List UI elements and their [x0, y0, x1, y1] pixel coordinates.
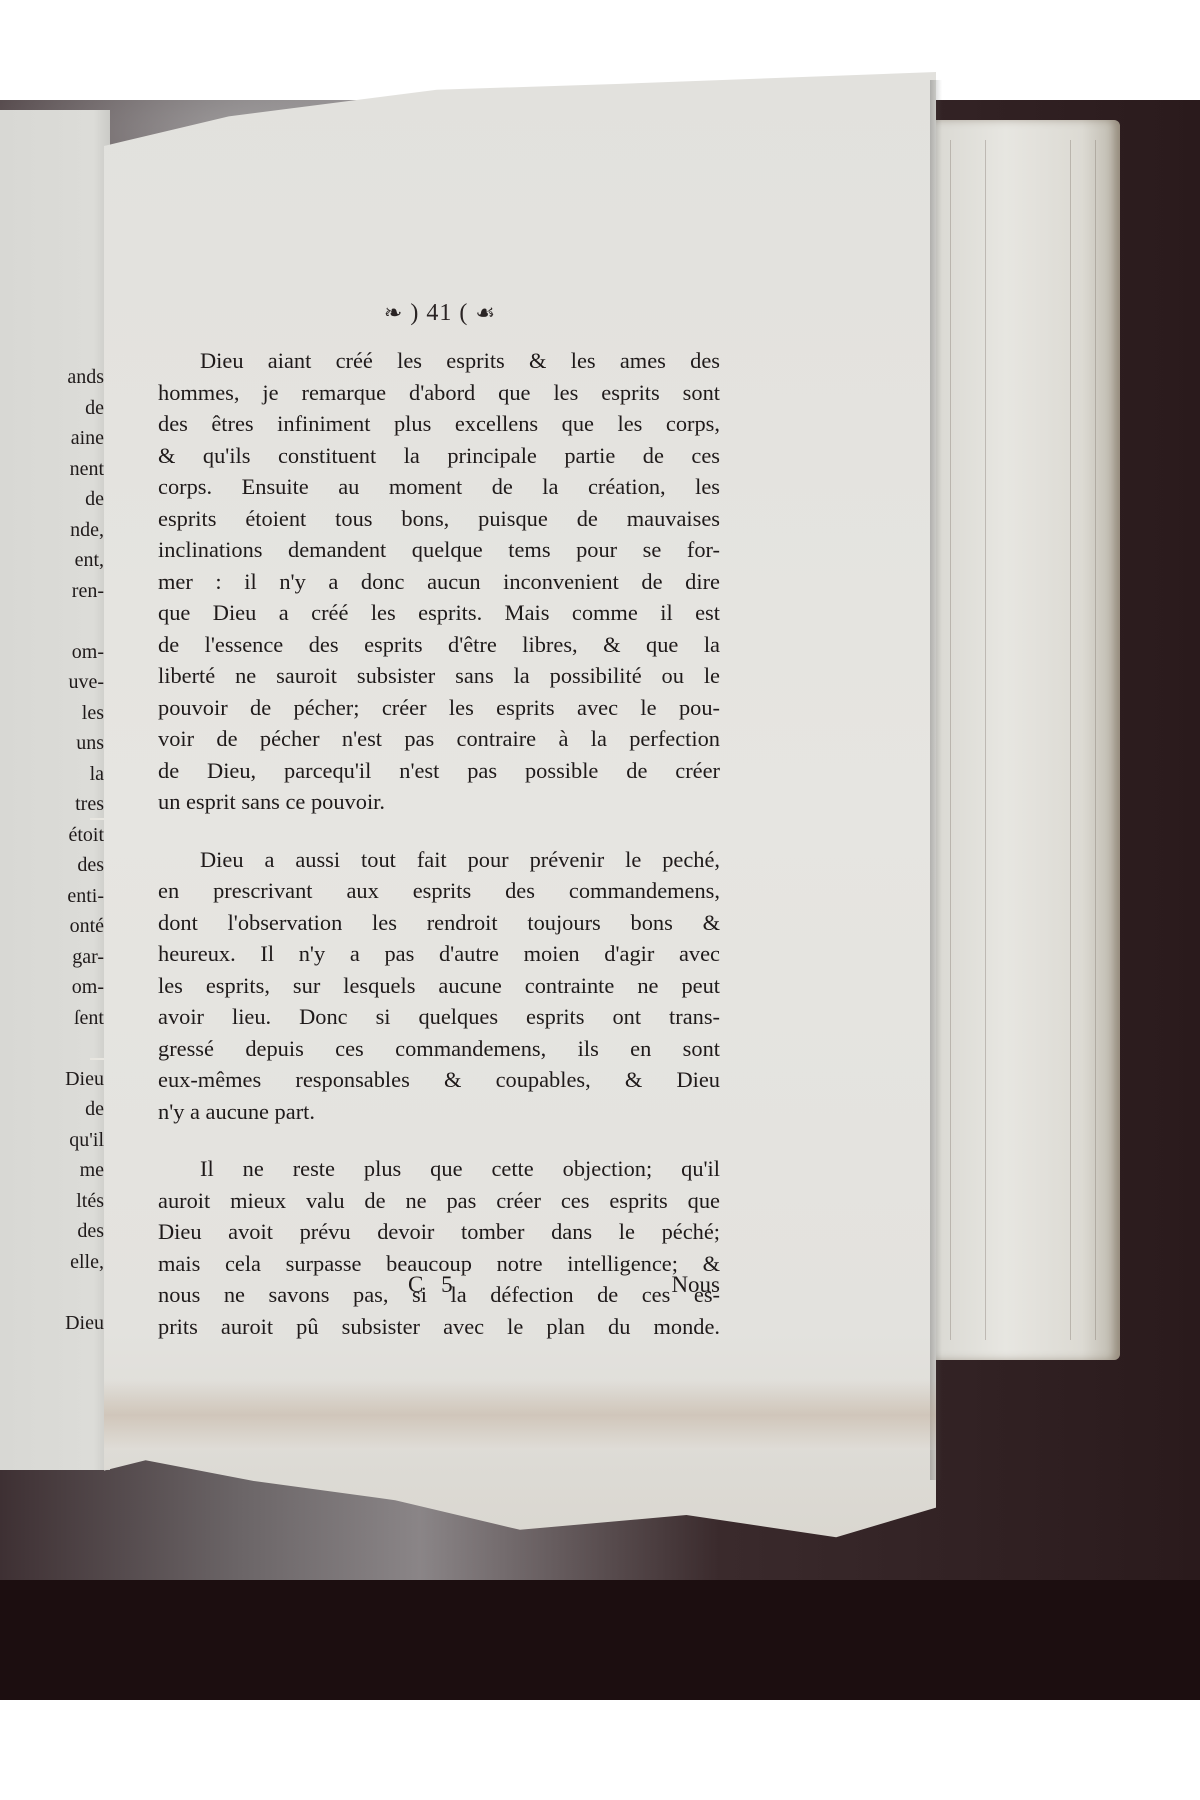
water-stain [104, 1380, 936, 1450]
fragment: ſent [0, 1003, 104, 1034]
catchword: Nous [671, 1272, 720, 1298]
text-line: de l'essence des esprits d'être libres, … [158, 629, 720, 661]
fragment: uns [0, 728, 104, 759]
text-line: pouvoir de pécher; créer les esprits ave… [158, 692, 720, 724]
text-line: que Dieu a créé les esprits. Mais comme … [158, 597, 720, 629]
book-page-stack [930, 120, 1120, 1360]
signature-mark: C 5 [408, 1272, 459, 1298]
page-header: ❧ ) 41 ( ☙ [160, 300, 720, 327]
text-line: les esprits, sur lesquels aucune contrai… [158, 970, 720, 1002]
text-line: avoir lieu. Donc si quelques esprits ont… [158, 1001, 720, 1033]
text-line: Il ne reste plus que cette objection; qu… [158, 1153, 720, 1185]
fragment: qu'il [0, 1125, 104, 1156]
fragment: les [0, 698, 104, 729]
text-line: voir de pécher n'est pas contraire à la … [158, 723, 720, 755]
paragraph-3: Il ne reste plus que cette objection; qu… [158, 1153, 720, 1342]
text-line: eux-mêmes responsables & coupables, & Di… [158, 1064, 720, 1096]
page-number: ) 41 ( [410, 300, 468, 326]
fragment: la [0, 759, 104, 790]
fragment: ands [0, 362, 104, 393]
text-line: gressé depuis ces commandemens, ils en s… [158, 1033, 720, 1065]
fragment: gar- [0, 942, 104, 973]
fragment: nent [0, 454, 104, 485]
text-line: en prescrivant aux esprits des commandem… [158, 875, 720, 907]
paragraph-1: Dieu aiant créé les esprits & les ames d… [158, 345, 720, 818]
fragment: onté [0, 911, 104, 942]
text-line: de Dieu, parcequ'il n'est pas possible d… [158, 755, 720, 787]
page-footer: C 5 Nous [158, 1272, 720, 1306]
fragment: me [0, 1155, 104, 1186]
text-line: esprits étoient tous bons, puisque de ma… [158, 503, 720, 535]
text-line: un esprit sans ce pouvoir. [158, 786, 720, 818]
page-edge-shadow [930, 80, 942, 1480]
fragment [0, 606, 104, 637]
text-line: hommes, je remarque d'abord que les espr… [158, 377, 720, 409]
text-line: Dieu aiant créé les esprits & les ames d… [158, 345, 720, 377]
paragraph-2: Dieu a aussi tout fait pour prévenir le … [158, 844, 720, 1128]
fragment: enti- [0, 881, 104, 912]
fragment: om- [0, 972, 104, 1003]
fragment [0, 1033, 104, 1064]
ornament-right-icon: ☙ [475, 300, 496, 325]
text-line: dont l'observation les rendroit toujours… [158, 907, 720, 939]
fragment: des [0, 1216, 104, 1247]
fragment: ltés [0, 1186, 104, 1217]
text-line: corps. Ensuite au moment de la création,… [158, 471, 720, 503]
fragment: de [0, 393, 104, 424]
text-line: & qu'ils constituent la principale parti… [158, 440, 720, 472]
fragment: uve- [0, 667, 104, 698]
facing-page-text: ands de aine nent de nde, ent, ren- om- … [0, 362, 104, 1338]
text-line: prits auroit pû subsister avec le plan d… [158, 1311, 720, 1343]
fragment: ent, [0, 545, 104, 576]
text-line: Dieu a aussi tout fait pour prévenir le … [158, 844, 720, 876]
fragment: de [0, 1094, 104, 1125]
fragment: Dieu [0, 1064, 104, 1095]
fragment: tres [0, 789, 104, 820]
fragment: aine [0, 423, 104, 454]
fragment: des [0, 850, 104, 881]
fragment: om- [0, 637, 104, 668]
ornament-left-icon: ❧ [384, 300, 403, 325]
text-line: n'y a aucune part. [158, 1096, 720, 1128]
fragment: de [0, 484, 104, 515]
fragment: étoit [0, 820, 104, 851]
text-line: des êtres infiniment plus excellens que … [158, 408, 720, 440]
fragment: nde, [0, 515, 104, 546]
body-text: Dieu aiant créé les esprits & les ames d… [158, 345, 720, 1342]
fragment [0, 1277, 104, 1308]
text-line: heureux. Il n'y a pas d'autre moien d'ag… [158, 938, 720, 970]
text-line: auroit mieux valu de ne pas créer ces es… [158, 1185, 720, 1217]
text-line: Dieu avoit prévu devoir tomber dans le p… [158, 1216, 720, 1248]
text-line: inclinations demandent quelque tems pour… [158, 534, 720, 566]
table-bottom [0, 1580, 1200, 1700]
fragment: Dieu [0, 1308, 104, 1339]
fragment: ren- [0, 576, 104, 607]
text-line: mer : il n'y a donc aucun inconvenient d… [158, 566, 720, 598]
fragment: elle, [0, 1247, 104, 1278]
text-line: liberté ne sauroit subsister sans la pos… [158, 660, 720, 692]
